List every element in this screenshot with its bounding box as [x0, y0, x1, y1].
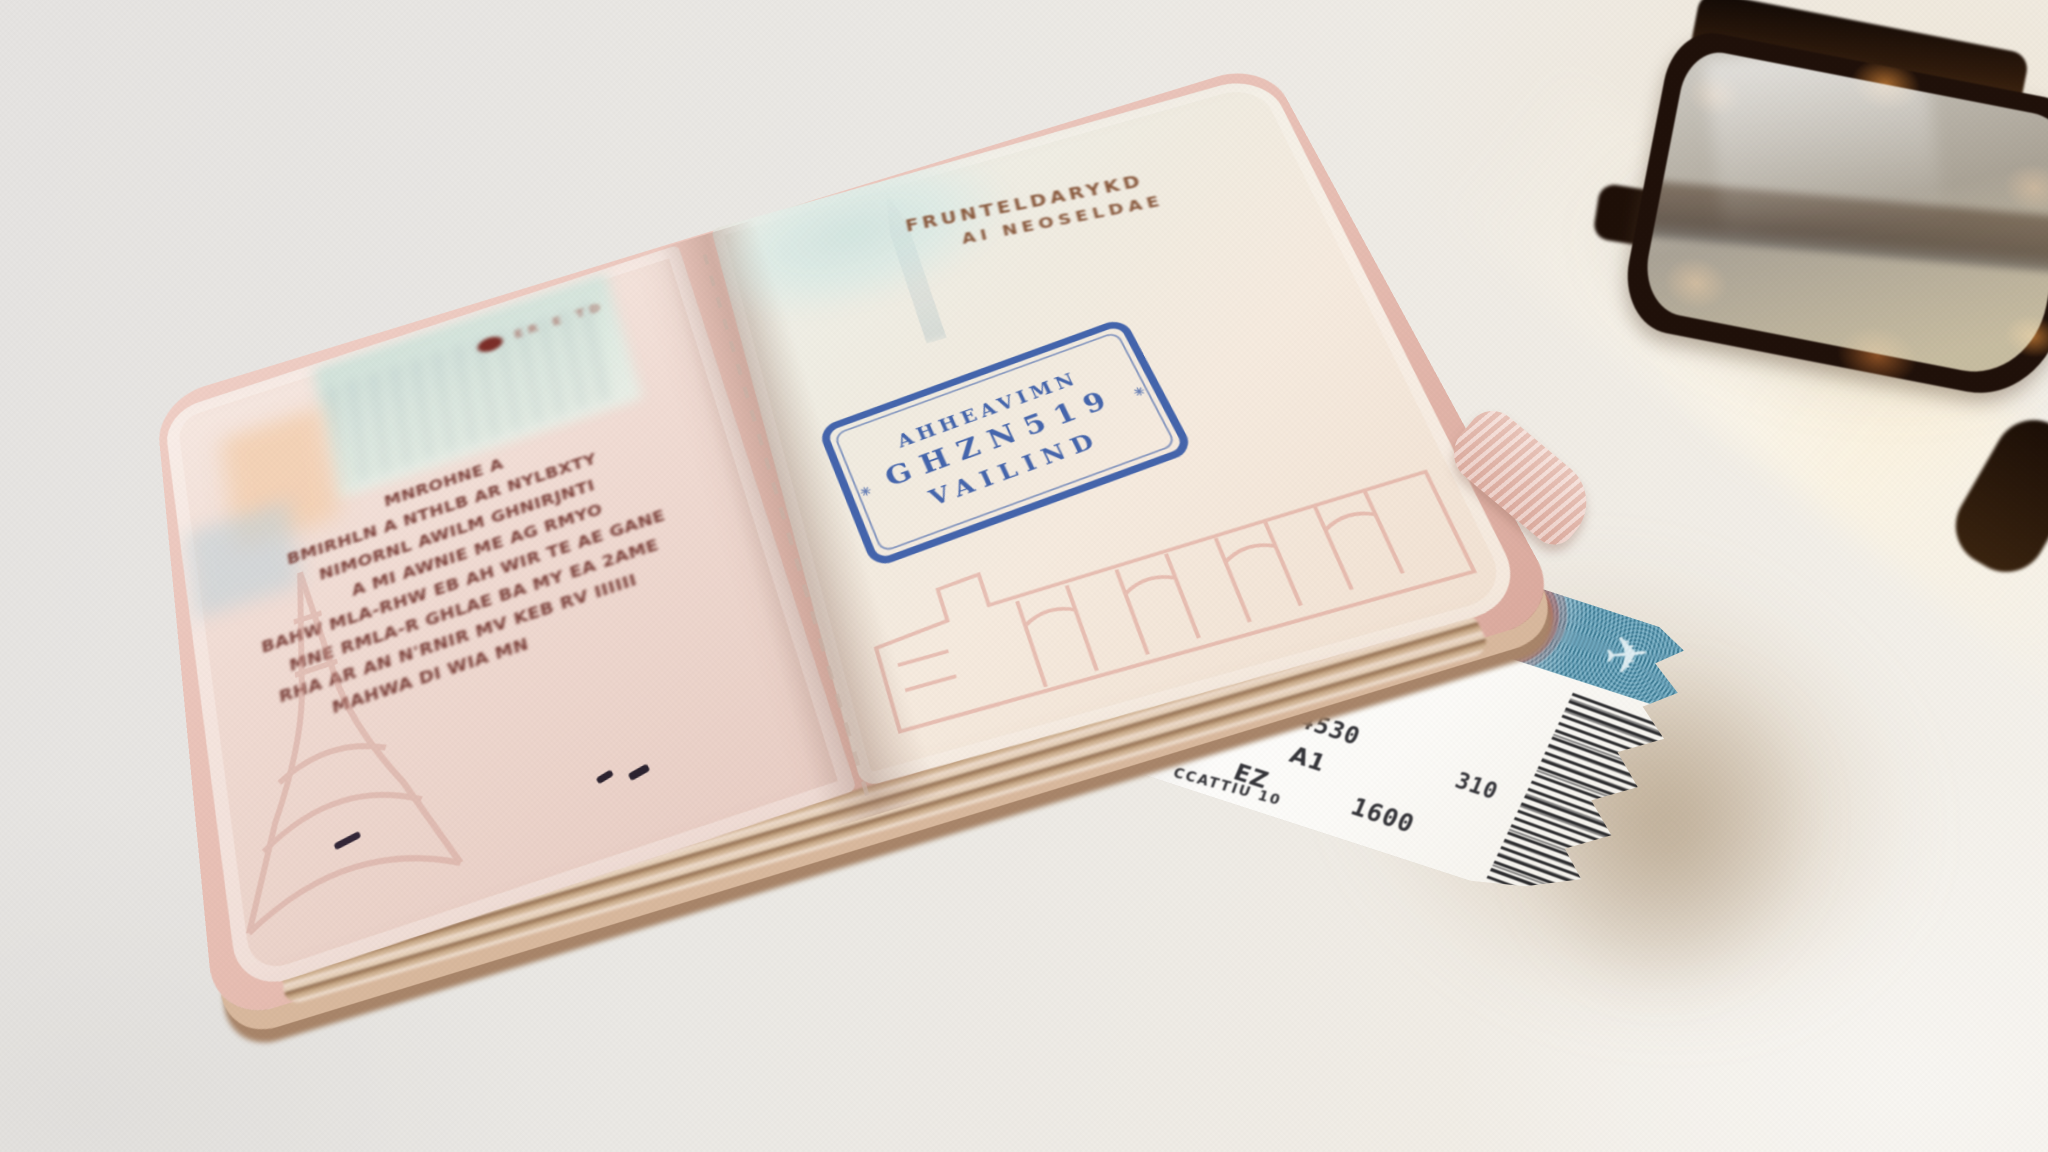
photo-scene: SRALP ATO T TYP SAMIA ✈ ELNC ODERANO ENE…: [0, 0, 2048, 1152]
ticket-row-6-value: 1600: [1347, 792, 1419, 839]
airplane-icon: ✈: [1603, 625, 1650, 687]
ink-mark: [596, 769, 614, 784]
glasses-browbar: [1689, 0, 2030, 117]
ticket-row-4-value2: 310: [1451, 769, 1501, 805]
ticket-row-5-value: A1: [1286, 742, 1330, 777]
ink-mark: [628, 763, 651, 781]
